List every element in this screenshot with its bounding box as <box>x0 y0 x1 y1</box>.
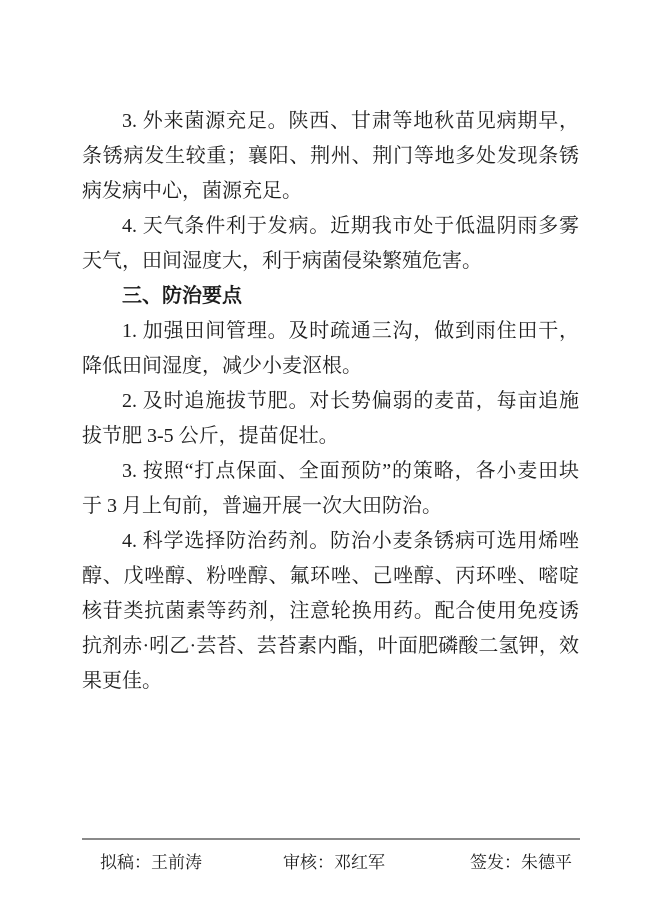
section-heading-prevention-points: 三、防治要点 <box>82 279 579 314</box>
document-page: 3. 外来菌源充足。陕西、甘肃等地秋苗见病期早，条锈病发生较重；襄阳、荆州、荆门… <box>0 0 661 919</box>
paragraph-point-4-pesticide-selection: 4. 科学选择防治药剂。防治小麦条锈病可选用烯唑醇、戊唑醇、粉唑醇、氟环唑、己唑… <box>82 524 579 699</box>
page-footer: 拟稿：王前涛 审核：邓红军 签发：朱德平 <box>0 851 661 875</box>
footer-issuer-label: 签发： <box>470 853 521 872</box>
footer-drafter-label: 拟稿： <box>100 853 151 872</box>
footer-drafter-name: 王前涛 <box>151 853 202 872</box>
footer-reviewer-name: 邓红军 <box>334 853 385 872</box>
footer-reviewer: 审核：邓红军 <box>283 851 385 875</box>
document-body: 3. 外来菌源充足。陕西、甘肃等地秋苗见病期早，条锈病发生较重；襄阳、荆州、荆门… <box>82 104 579 699</box>
paragraph-foreign-inoculum: 3. 外来菌源充足。陕西、甘肃等地秋苗见病期早，条锈病发生较重；襄阳、荆州、荆门… <box>82 104 579 209</box>
paragraph-point-2-fertilizer: 2. 及时追施拔节肥。对长势偏弱的麦苗，每亩追施拔节肥 3-5 公斤，提苗促壮。 <box>82 384 579 454</box>
paragraph-point-1-field-management: 1. 加强田间管理。及时疏通三沟，做到雨住田干，降低田间湿度，减少小麦沤根。 <box>82 314 579 384</box>
footer-issuer: 签发：朱德平 <box>470 851 572 875</box>
footer-divider-line <box>82 838 580 840</box>
paragraph-point-3-strategy: 3. 按照“打点保面、全面预防”的策略，各小麦田块于 3 月上旬前，普遍开展一次… <box>82 454 579 524</box>
footer-drafter: 拟稿：王前涛 <box>100 851 202 875</box>
footer-reviewer-label: 审核： <box>283 853 334 872</box>
footer-issuer-name: 朱德平 <box>521 853 572 872</box>
paragraph-weather-conditions: 4. 天气条件利于发病。近期我市处于低温阴雨多雾天气，田间湿度大，利于病菌侵染繁… <box>82 209 579 279</box>
